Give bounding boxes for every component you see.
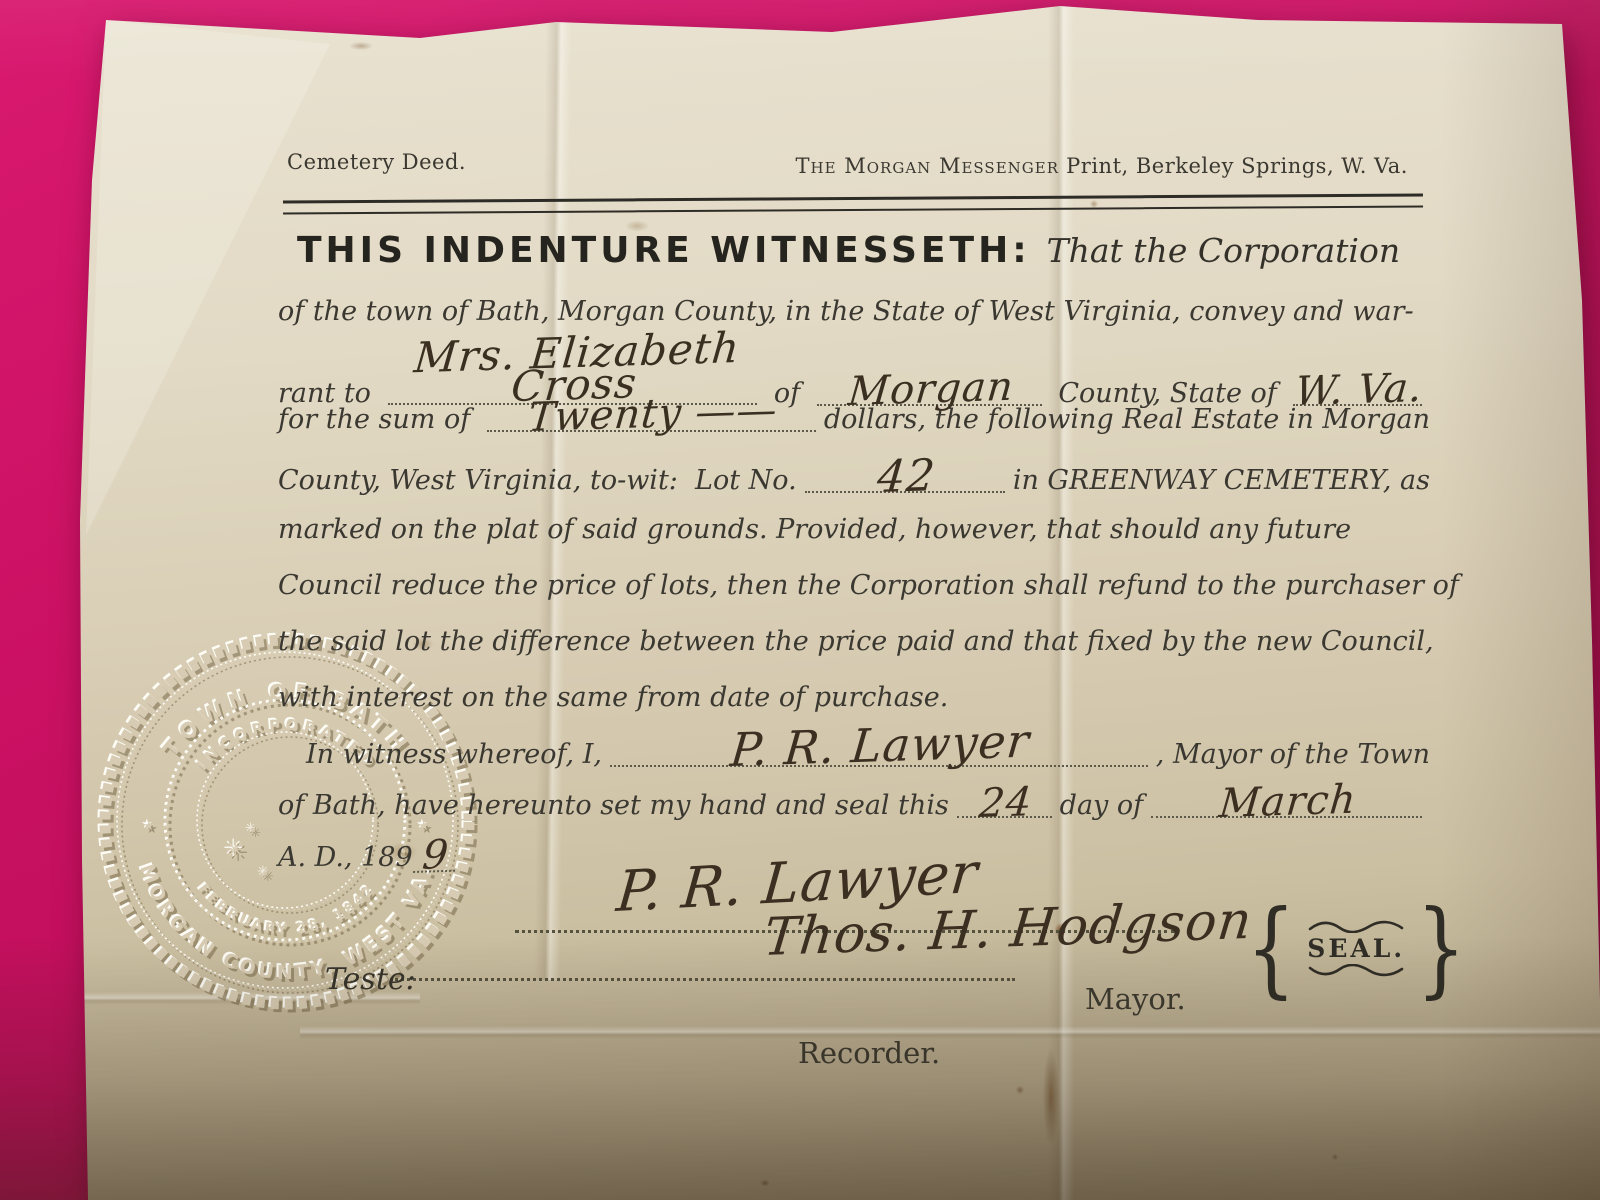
vertical-fold-left <box>534 20 572 980</box>
teste-label: Teste: <box>325 962 416 997</box>
lot-number-blank: 42 <box>805 458 1005 493</box>
double-rule <box>283 194 1423 215</box>
seal-word: SEAL. <box>1307 934 1405 963</box>
body-text: A. D., 189 <box>278 842 413 873</box>
doc-type-label: Cemetery Deed. <box>287 150 466 174</box>
seal-badge-middle: SEAL. <box>1306 919 1406 978</box>
mayor-name-blank: P. R. Lawyer <box>610 730 1148 767</box>
printer-imprint-rest: Print, Berkeley Springs, W. Va. <box>1059 154 1408 178</box>
body-text: with interest on the same from date of p… <box>278 682 948 713</box>
paper-shadow-wrap: TOWN OF BATH MORGAN COUNTY, WEST VA. INC… <box>0 0 1600 1200</box>
body-text: dollars, the following Real Estate in Mo… <box>824 404 1430 435</box>
body-line-4: for the sum of Twenty —— dollars, the fo… <box>278 400 1430 435</box>
seal-brace-left: { <box>1246 902 1296 996</box>
stain <box>1330 1152 1340 1162</box>
day-blank: 24 <box>957 786 1052 818</box>
body-text: , Mayor of the Town <box>1156 739 1430 770</box>
body-text: for the sum of <box>278 404 479 435</box>
recorder-signature-line <box>390 978 1015 981</box>
body-line-11: of Bath, have hereunto set my hand and s… <box>278 786 1430 821</box>
body-text: marked on the plat of said grounds. Prov… <box>278 514 1351 545</box>
sum-blank: Twenty —— <box>487 400 816 432</box>
seal-wavy-top-icon <box>1306 919 1406 933</box>
body-text: of the town of Bath, Morgan County, in t… <box>278 296 1414 327</box>
body-line-9: with interest on the same from date of p… <box>278 682 1430 713</box>
month-blank: March <box>1151 786 1422 818</box>
title-lead-in: That the Corporation <box>1047 231 1401 270</box>
title-line: THIS INDENTURE WITNESSETH:That the Corpo… <box>297 230 1400 271</box>
printer-imprint: The Morgan Messenger Print, Berkeley Spr… <box>796 154 1408 178</box>
body-line-2: of the town of Bath, Morgan County, in t… <box>278 296 1430 327</box>
seal-brace-right: } <box>1416 902 1466 996</box>
seal-badge: { SEAL. } <box>1238 902 1474 996</box>
recorder-label: Recorder. <box>798 1036 940 1070</box>
seal-wavy-bottom-icon <box>1306 964 1406 978</box>
mayor-label: Mayor. <box>1085 982 1186 1016</box>
stain <box>344 40 378 52</box>
body-text: County, West Virginia, to-wit: Lot No. <box>278 465 797 496</box>
stain <box>1040 1032 1062 1162</box>
body-text: in GREENWAY CEMETERY, as <box>1013 465 1430 496</box>
sum-handwriting: Twenty —— <box>527 395 779 433</box>
year-digit-handwriting: 9 <box>413 840 458 873</box>
recorder-signature: Thos. H. Hodgson <box>762 902 1254 958</box>
mayor-name-handwriting: P. R. Lawyer <box>729 723 1031 767</box>
body-line-10: In witness whereof, I, P. R. Lawyer , Ma… <box>306 730 1430 770</box>
stain <box>1014 1084 1026 1096</box>
photograph-of-deed: TOWN OF BATH MORGAN COUNTY, WEST VA. INC… <box>0 0 1600 1200</box>
body-text: the said lot the difference between the … <box>278 626 1434 657</box>
page-title: THIS INDENTURE WITNESSETH: <box>297 230 1031 271</box>
body-line-6: marked on the plat of said grounds. Prov… <box>278 514 1430 545</box>
stain <box>758 1178 772 1188</box>
body-text: of Bath, have hereunto set my hand and s… <box>278 790 949 821</box>
body-line-3: rant to Mrs. Elizabeth Cross of Morgan C… <box>278 340 1430 409</box>
horizontal-crease <box>300 1026 1600 1039</box>
body-line-5: County, West Virginia, to-wit: Lot No. 4… <box>278 458 1430 496</box>
body-text: Council reduce the price of lots, then t… <box>278 570 1459 601</box>
printer-imprint-name: The Morgan Messenger <box>796 154 1059 178</box>
month-handwriting: March <box>1218 785 1358 819</box>
lot-number-handwriting: 42 <box>876 459 937 494</box>
body-text: In witness whereof, I, <box>306 739 602 770</box>
body-line-8: the said lot the difference between the … <box>278 626 1430 657</box>
body-text: day of <box>1060 790 1143 821</box>
deed-paper: TOWN OF BATH MORGAN COUNTY, WEST VA. INC… <box>0 0 1600 1200</box>
day-handwriting: 24 <box>978 787 1034 819</box>
body-line-7: Council reduce the price of lots, then t… <box>278 570 1430 601</box>
